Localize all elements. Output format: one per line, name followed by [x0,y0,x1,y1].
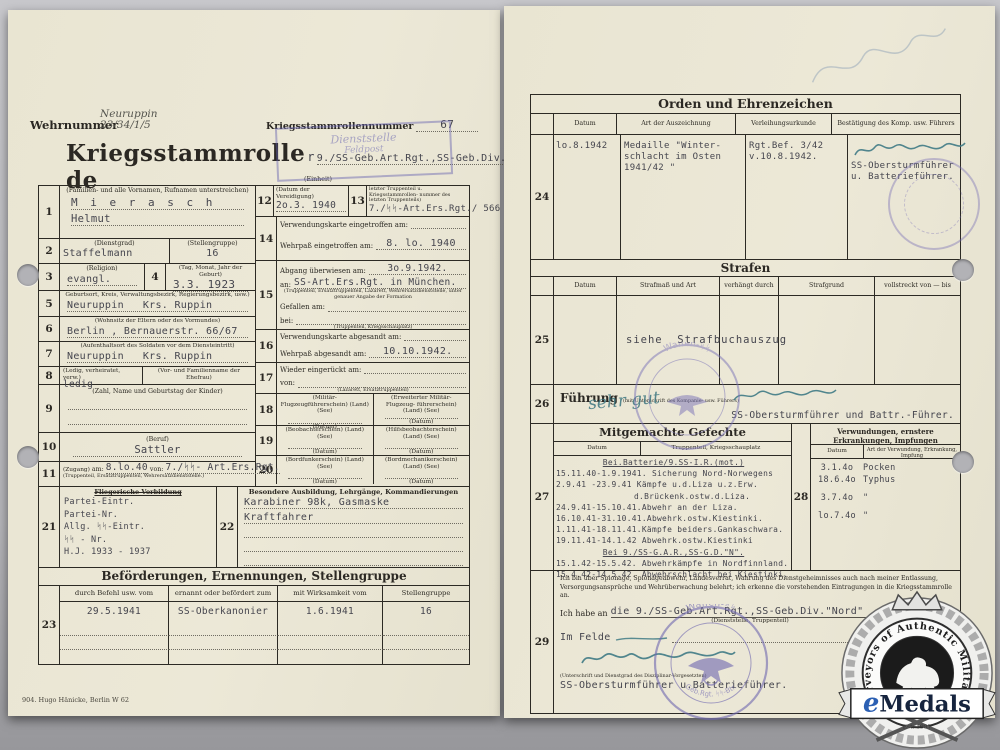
rank-value: Staffelmann [63,248,166,259]
signature-scribble [851,137,969,161]
battles-title: Mitgemachte Gefechte [554,424,791,442]
muster-roll-page-left: Wehrnummer Neuruppin 23/34/1/5 Kriegssta… [8,10,500,716]
wounds-title: Verwundungen, ernstere Erkrankungen, Imp… [811,424,960,445]
row-license-3: 20 (Bordfunkerschein) (Land) (See) (Datu… [256,456,469,484]
awards-header: Datum Art der Auszeichnung Verleihungsur… [531,114,960,135]
promotions-section: Beförderungen, Ernennungen, Stellengrupp… [39,567,469,664]
wehrnummer-value: Neuruppin 23/34/1/5 [100,109,158,131]
award-name: Medaille "Winter- schlacht im Osten 1941… [621,135,746,259]
last-unit-value: 7./ᛋᛋ-Art.Ers.Rgt./ 566 [369,204,467,214]
row-residence: 7 (Aufenthaltsort des Soldaten vor dem D… [39,342,255,367]
surname: M i e r a s c h [71,196,244,210]
award-confirmation: SS-Obersturmführer u. Batterieführer. [848,135,972,259]
conduct-typed: SS-Obersturmführer und Battr.-Führer. [731,410,954,421]
promotions-title: Beförderungen, Ernennungen, Stellengrupp… [39,568,469,586]
party-entries: Fliegerische Vorbildung Partei-Eintr. Pa… [60,487,217,567]
punch-hole [952,259,974,281]
award-date: lo.8.1942 [554,135,621,259]
punch-hole [952,451,974,473]
svg-text:eMedals: eMedals [863,688,971,718]
profession-value: Sattler [73,444,242,457]
row-zugang: 11 (Zugang) am: 8.lo.40 von: 7./ᛋᛋ- Art.… [39,462,255,486]
promotions-header: durch Befehl usw. vom ernannt oder beför… [60,586,469,602]
award-row: 24 lo.8.1942 Medaille "Winter- schlacht … [531,135,960,260]
battle-entries: Bei.Batterie/9.SS-I.R.(mot.) 15.11.40-1.… [554,456,791,580]
row-eingerueckt: 17 Wieder eingerückt am: von: (Lazarett,… [256,363,469,394]
punch-hole [17,264,39,286]
awards-title: Orden und Ehrenzeichen [531,95,960,114]
printer-imprint: 904. Hugo Hänicke, Berlin W 62 [22,696,129,704]
crown-icon [892,592,941,610]
document-scan: { "left": { "imprint": "904. Hugo Hänick… [0,0,1000,750]
conduct-row: 26 Führung (mit Unterschrift des Kompani… [531,385,960,424]
row-abgang: 15 Abgang überwiesen am:3o.9.1942. an:SS… [256,261,469,330]
award-certificate: Rgt.Bef. 3/42 v.10.8.1942. [746,135,848,259]
signature-scribble [578,646,738,670]
place-value: Im Felde [560,632,611,643]
punishments-header: Datum Strafmaß und Art verhängt durch St… [531,277,960,296]
row-rank: 2 (Dienstgrad) Staffelmann (Stellengrupp… [39,239,255,264]
row-birthplace: 5 Geburtsort, Kreis, Verwaltungsbezirk, … [39,291,255,317]
given-name: Helmut [71,213,244,226]
punishment-value: siehe Strafbuchauszug [626,334,787,346]
svg-text:Est. 1987: Est. 1987 [903,724,932,730]
row-name: 1 (Familien- und alle Vornamen, Rufnamen… [39,186,255,239]
pen-flourish [614,635,669,643]
battles-table: Mitgemachte Gefechte Datum Truppenteil, … [554,424,792,570]
wounds-table: Verwundungen, ernstere Erkrankungen, Imp… [811,424,960,570]
dienststelle-stamp-box: Dienststelle Feldpost [275,120,453,182]
row-religion-birth: 3 (Religion) evangl. 4 (Tag, Monat, Jahr… [39,264,255,291]
signer-rank: SS-Obersturmführer u.Batterieführer. [560,680,788,691]
battles-section: 27 Mitgemachte Gefechte Datum Truppentei… [531,424,960,571]
punch-hole [17,446,39,468]
personal-data-table: 1 (Familien- und alle Vornamen, Rufnamen… [38,185,470,665]
special-training: Besondere Ausbildung, Lehrgänge, Kommand… [238,487,469,567]
row-marital: 8 (Ledig, verheiratet, verw.) ledig (Vor… [39,367,255,385]
row-parents-address: 6 (Wohnsitz der Eltern oder des Vormunde… [39,317,255,342]
row-profession: 10 (Beruf) Sattler [39,433,255,462]
row-verwendungskarte: 14 Verwendungskarte eingetroffen am: Weh… [256,217,469,261]
row-oath: 12 (Datum der Vereidigung) 2o.3. 1940 13… [256,186,469,217]
promotion-row: 29.5.1941 SS-Oberkanonier 1.6.1941 16 [60,602,469,622]
row-abgesandt: 16 Verwendungskarte abgesandt am: Wehrpa… [256,330,469,363]
wound-entries: 3.1.4oPocken 18.6.4oTyphus 3.7.4o" lo.7.… [811,463,960,521]
row-license-2: 19 (Beobachterschein) (Land) (See) (Datu… [256,426,469,456]
row-children: 9 (Zahl, Name und Geburtstag der Kinder) [39,385,255,433]
punishments-title: Strafen [531,260,960,277]
row-license-1: 18 (Militär-Flugzeugführerschein) (Land)… [256,394,469,426]
signature-scribble [730,385,840,405]
punishment-row: 25 siehe Strafbuchauszug [531,296,960,385]
row-training: 21 Fliegerische Vorbildung Partei-Eintr.… [39,486,469,567]
emedals-watermark: Purveyors of Authentic Militaria eMedals… [833,590,1000,750]
faint-handwriting [799,13,958,103]
